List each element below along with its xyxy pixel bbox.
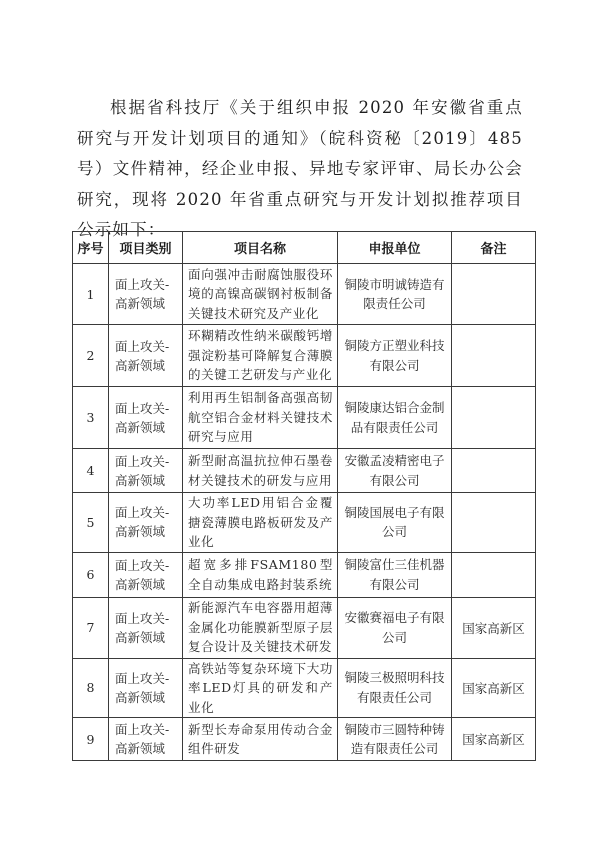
- cell-note: [452, 264, 536, 325]
- cell-project-name: 超宽多排FSAM180型全自动集成电路封装系统: [183, 552, 338, 597]
- header-no: 序号: [73, 232, 109, 264]
- table-row: 7 面上攻关- 高新领域 新能源汽车电容器用超薄金属化功能膜新型原子层复合设计及…: [73, 597, 536, 658]
- cell-project-name: 高铁站等复杂环境下大功率LED灯具的研发和产业化: [183, 658, 338, 718]
- category-line-2: 高新领域: [115, 356, 182, 375]
- cell-category: 面上攻关- 高新领域: [109, 387, 183, 449]
- cell-applicant-unit: 铜陵富仕三佳机器有限公司: [338, 552, 452, 597]
- cell-project-name: 新能源汽车电容器用超薄金属化功能膜新型原子层复合设计及关键技术研发: [183, 597, 338, 658]
- cell-note: [452, 325, 536, 387]
- cell-applicant-unit: 铜陵方正塑业科技有限公司: [338, 325, 452, 387]
- intro-paragraph: 根据省科技厅《关于组织申报 2020 年安徽省重点研究与开发计划项目的通知》（皖…: [77, 93, 523, 246]
- cell-no: 5: [73, 493, 109, 553]
- header-project-name: 项目名称: [183, 232, 338, 264]
- category-line-2: 高新领域: [115, 739, 182, 758]
- table-row: 5 面上攻关- 高新领域 大功率LED用铝合金覆搪瓷薄膜电路板研发及产业化 铜陵…: [73, 493, 536, 553]
- table-row: 9 面上攻关- 高新领域 新型长寿命泵用传动合金组件研发 铜陵市三圆特种铸造有限…: [73, 718, 536, 761]
- cell-applicant-unit: 铜陵市明诚铸造有限责任公司: [338, 264, 452, 325]
- category-line-1: 面上攻关-: [115, 399, 182, 418]
- category-line-2: 高新领域: [115, 418, 182, 437]
- cell-no: 2: [73, 325, 109, 387]
- cell-note: 国家高新区: [452, 597, 536, 658]
- cell-project-name: 利用再生铝制备高强高韧航空铝合金材料关键技术研究与应用: [183, 387, 338, 449]
- category-line-2: 高新领域: [115, 522, 182, 541]
- cell-category: 面上攻关- 高新领域: [109, 552, 183, 597]
- category-line-2: 高新领域: [115, 628, 182, 647]
- cell-applicant-unit: 铜陵康达铝合金制品有限责任公司: [338, 387, 452, 449]
- category-line-2: 高新领域: [115, 575, 182, 594]
- cell-no: 4: [73, 449, 109, 493]
- cell-project-name: 大功率LED用铝合金覆搪瓷薄膜电路板研发及产业化: [183, 493, 338, 553]
- cell-note: [452, 449, 536, 493]
- category-line-2: 高新领域: [115, 688, 182, 707]
- cell-no: 1: [73, 264, 109, 325]
- cell-applicant-unit: 铜陵三极照明科技有限责任公司: [338, 658, 452, 718]
- table-body: 1 面上攻关- 高新领域 面向强冲击耐腐蚀服役环境的高镍高碳钢衬板制备关键技术研…: [73, 264, 536, 761]
- cell-category: 面上攻关- 高新领域: [109, 325, 183, 387]
- category-line-1: 面上攻关-: [115, 337, 182, 356]
- cell-applicant-unit: 铜陵国展电子有限公司: [338, 493, 452, 553]
- cell-note: 国家高新区: [452, 718, 536, 761]
- cell-applicant-unit: 铜陵市三圆特种铸造有限责任公司: [338, 718, 452, 761]
- category-line-2: 高新领域: [115, 294, 182, 313]
- cell-no: 8: [73, 658, 109, 718]
- cell-applicant-unit: 安徽孟凌精密电子有限公司: [338, 449, 452, 493]
- table-row: 4 面上攻关- 高新领域 新型耐高温抗拉伸石墨卷材关键技术的研发与应用 安徽孟凌…: [73, 449, 536, 493]
- table-row: 3 面上攻关- 高新领域 利用再生铝制备高强高韧航空铝合金材料关键技术研究与应用…: [73, 387, 536, 449]
- cell-project-name: 环糊精改性纳米碳酸钙增强淀粉基可降解复合薄膜的关键工艺研发与产业化: [183, 325, 338, 387]
- cell-no: 7: [73, 597, 109, 658]
- cell-note: 国家高新区: [452, 658, 536, 718]
- category-line-1: 面上攻关-: [115, 609, 182, 628]
- table-row: 6 面上攻关- 高新领域 超宽多排FSAM180型全自动集成电路封装系统 铜陵富…: [73, 552, 536, 597]
- cell-project-name: 面向强冲击耐腐蚀服役环境的高镍高碳钢衬板制备关键技术研究及产业化: [183, 264, 338, 325]
- cell-project-name: 新型耐高温抗拉伸石墨卷材关键技术的研发与应用: [183, 449, 338, 493]
- header-applicant-unit: 申报单位: [338, 232, 452, 264]
- header-category: 项目类别: [109, 232, 183, 264]
- cell-category: 面上攻关- 高新领域: [109, 597, 183, 658]
- category-line-1: 面上攻关-: [115, 452, 182, 471]
- cell-note: [452, 493, 536, 553]
- cell-category: 面上攻关- 高新领域: [109, 658, 183, 718]
- cell-no: 9: [73, 718, 109, 761]
- cell-note: [452, 552, 536, 597]
- category-line-1: 面上攻关-: [115, 556, 182, 575]
- cell-category: 面上攻关- 高新领域: [109, 449, 183, 493]
- cell-note: [452, 387, 536, 449]
- category-line-1: 面上攻关-: [115, 275, 182, 294]
- cell-project-name: 新型长寿命泵用传动合金组件研发: [183, 718, 338, 761]
- table-header-row: 序号 项目类别 项目名称 申报单位 备注: [73, 232, 536, 264]
- category-line-1: 面上攻关-: [115, 669, 182, 688]
- category-line-1: 面上攻关-: [115, 720, 182, 739]
- category-line-1: 面上攻关-: [115, 503, 182, 522]
- table-row: 8 面上攻关- 高新领域 高铁站等复杂环境下大功率LED灯具的研发和产业化 铜陵…: [73, 658, 536, 718]
- category-line-2: 高新领域: [115, 471, 182, 490]
- cell-applicant-unit: 安徽赛福电子有限公司: [338, 597, 452, 658]
- header-note: 备注: [452, 232, 536, 264]
- cell-category: 面上攻关- 高新领域: [109, 264, 183, 325]
- recommended-projects-table: 序号 项目类别 项目名称 申报单位 备注 1 面上攻关- 高新领域 面向强冲击耐…: [72, 231, 536, 761]
- cell-category: 面上攻关- 高新领域: [109, 718, 183, 761]
- cell-no: 3: [73, 387, 109, 449]
- table-row: 1 面上攻关- 高新领域 面向强冲击耐腐蚀服役环境的高镍高碳钢衬板制备关键技术研…: [73, 264, 536, 325]
- table-row: 2 面上攻关- 高新领域 环糊精改性纳米碳酸钙增强淀粉基可降解复合薄膜的关键工艺…: [73, 325, 536, 387]
- cell-no: 6: [73, 552, 109, 597]
- cell-category: 面上攻关- 高新领域: [109, 493, 183, 553]
